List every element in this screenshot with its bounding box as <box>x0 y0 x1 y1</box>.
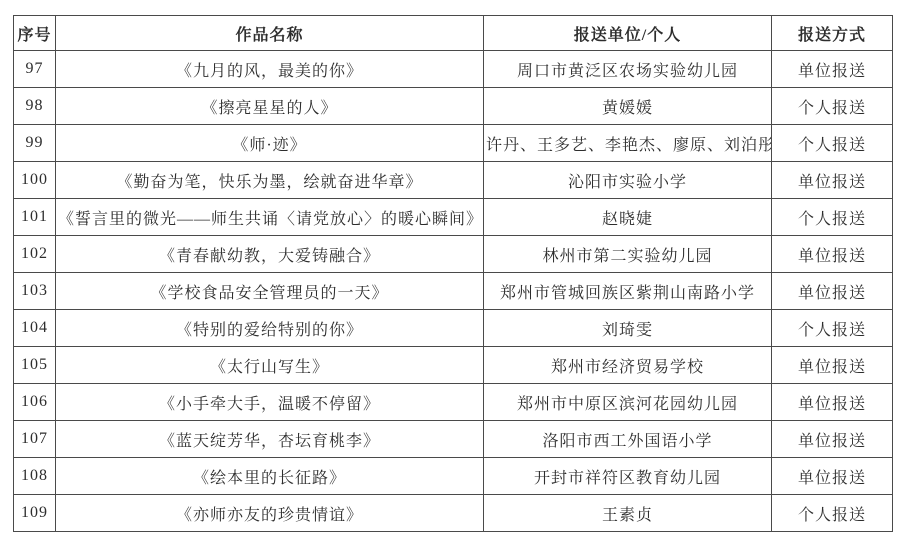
table-body: 97《九月的风，最美的你》周口市黄泛区农场实验幼儿园单位报送98《擦亮星星的人》… <box>14 51 893 532</box>
cell-index: 97 <box>14 51 56 88</box>
cell-submitter: 许丹、王多艺、李艳杰、廖原、刘泊彤 <box>484 125 772 162</box>
table-row: 101《誓言里的微光——师生共诵〈请党放心〉的暖心瞬间》赵晓婕个人报送 <box>14 199 893 236</box>
cell-title: 《擦亮星星的人》 <box>56 88 484 125</box>
cell-method: 单位报送 <box>772 236 893 273</box>
cell-index: 99 <box>14 125 56 162</box>
cell-submitter: 沁阳市实验小学 <box>484 162 772 199</box>
cell-submitter: 洛阳市西工外国语小学 <box>484 421 772 458</box>
cell-method: 个人报送 <box>772 199 893 236</box>
cell-title: 《亦师亦友的珍贵情谊》 <box>56 495 484 532</box>
table-row: 98《擦亮星星的人》黄媛媛个人报送 <box>14 88 893 125</box>
cell-submitter: 刘琦雯 <box>484 310 772 347</box>
table-row: 100《勤奋为笔，快乐为墨，绘就奋进华章》沁阳市实验小学单位报送 <box>14 162 893 199</box>
document-page: 序号 作品名称 报送单位/个人 报送方式 97《九月的风，最美的你》周口市黄泛区… <box>0 0 900 534</box>
cell-title: 《太行山写生》 <box>56 347 484 384</box>
table-row: 106《小手牵大手，温暖不停留》郑州市中原区滨河花园幼儿园单位报送 <box>14 384 893 421</box>
cell-index: 105 <box>14 347 56 384</box>
cell-method: 单位报送 <box>772 421 893 458</box>
cell-index: 102 <box>14 236 56 273</box>
cell-method: 个人报送 <box>772 495 893 532</box>
cell-index: 104 <box>14 310 56 347</box>
cell-title: 《蓝天绽芳华，杏坛育桃李》 <box>56 421 484 458</box>
cell-submitter: 王素贞 <box>484 495 772 532</box>
cell-title: 《青春献幼教，大爱铸融合》 <box>56 236 484 273</box>
cell-submitter: 林州市第二实验幼儿园 <box>484 236 772 273</box>
cell-submitter: 郑州市中原区滨河花园幼儿园 <box>484 384 772 421</box>
cell-submitter: 黄媛媛 <box>484 88 772 125</box>
table-row: 104《特别的爱给特别的你》刘琦雯个人报送 <box>14 310 893 347</box>
column-header-index: 序号 <box>14 16 56 51</box>
cell-title: 《师·迹》 <box>56 125 484 162</box>
cell-title: 《小手牵大手，温暖不停留》 <box>56 384 484 421</box>
cell-method: 单位报送 <box>772 273 893 310</box>
table-row: 102《青春献幼教，大爱铸融合》林州市第二实验幼儿园单位报送 <box>14 236 893 273</box>
cell-method: 个人报送 <box>772 125 893 162</box>
cell-method: 单位报送 <box>772 458 893 495</box>
column-header-method: 报送方式 <box>772 16 893 51</box>
column-header-submitter: 报送单位/个人 <box>484 16 772 51</box>
cell-title: 《九月的风，最美的你》 <box>56 51 484 88</box>
cell-index: 98 <box>14 88 56 125</box>
cell-index: 109 <box>14 495 56 532</box>
cell-index: 106 <box>14 384 56 421</box>
cell-title: 《绘本里的长征路》 <box>56 458 484 495</box>
cell-submitter: 周口市黄泛区农场实验幼儿园 <box>484 51 772 88</box>
table-row: 97《九月的风，最美的你》周口市黄泛区农场实验幼儿园单位报送 <box>14 51 893 88</box>
table-row: 105《太行山写生》郑州市经济贸易学校单位报送 <box>14 347 893 384</box>
cell-title: 《特别的爱给特别的你》 <box>56 310 484 347</box>
cell-method: 单位报送 <box>772 162 893 199</box>
cell-submitter: 郑州市经济贸易学校 <box>484 347 772 384</box>
cell-title: 《学校食品安全管理员的一天》 <box>56 273 484 310</box>
cell-index: 108 <box>14 458 56 495</box>
submissions-table: 序号 作品名称 报送单位/个人 报送方式 97《九月的风，最美的你》周口市黄泛区… <box>13 15 893 532</box>
table-row: 108《绘本里的长征路》开封市祥符区教育幼儿园单位报送 <box>14 458 893 495</box>
cell-method: 单位报送 <box>772 384 893 421</box>
cell-index: 103 <box>14 273 56 310</box>
table-header-row: 序号 作品名称 报送单位/个人 报送方式 <box>14 16 893 51</box>
cell-submitter: 郑州市管城回族区紫荆山南路小学 <box>484 273 772 310</box>
table-row: 103《学校食品安全管理员的一天》郑州市管城回族区紫荆山南路小学单位报送 <box>14 273 893 310</box>
cell-method: 个人报送 <box>772 88 893 125</box>
cell-index: 107 <box>14 421 56 458</box>
cell-index: 101 <box>14 199 56 236</box>
cell-index: 100 <box>14 162 56 199</box>
column-header-title: 作品名称 <box>56 16 484 51</box>
cell-title: 《勤奋为笔，快乐为墨，绘就奋进华章》 <box>56 162 484 199</box>
table-row: 99《师·迹》许丹、王多艺、李艳杰、廖原、刘泊彤个人报送 <box>14 125 893 162</box>
table-row: 107《蓝天绽芳华，杏坛育桃李》洛阳市西工外国语小学单位报送 <box>14 421 893 458</box>
cell-submitter: 赵晓婕 <box>484 199 772 236</box>
cell-method: 单位报送 <box>772 347 893 384</box>
table-row: 109《亦师亦友的珍贵情谊》王素贞个人报送 <box>14 495 893 532</box>
cell-submitter: 开封市祥符区教育幼儿园 <box>484 458 772 495</box>
cell-method: 个人报送 <box>772 310 893 347</box>
cell-title: 《誓言里的微光——师生共诵〈请党放心〉的暖心瞬间》 <box>56 199 484 236</box>
cell-method: 单位报送 <box>772 51 893 88</box>
